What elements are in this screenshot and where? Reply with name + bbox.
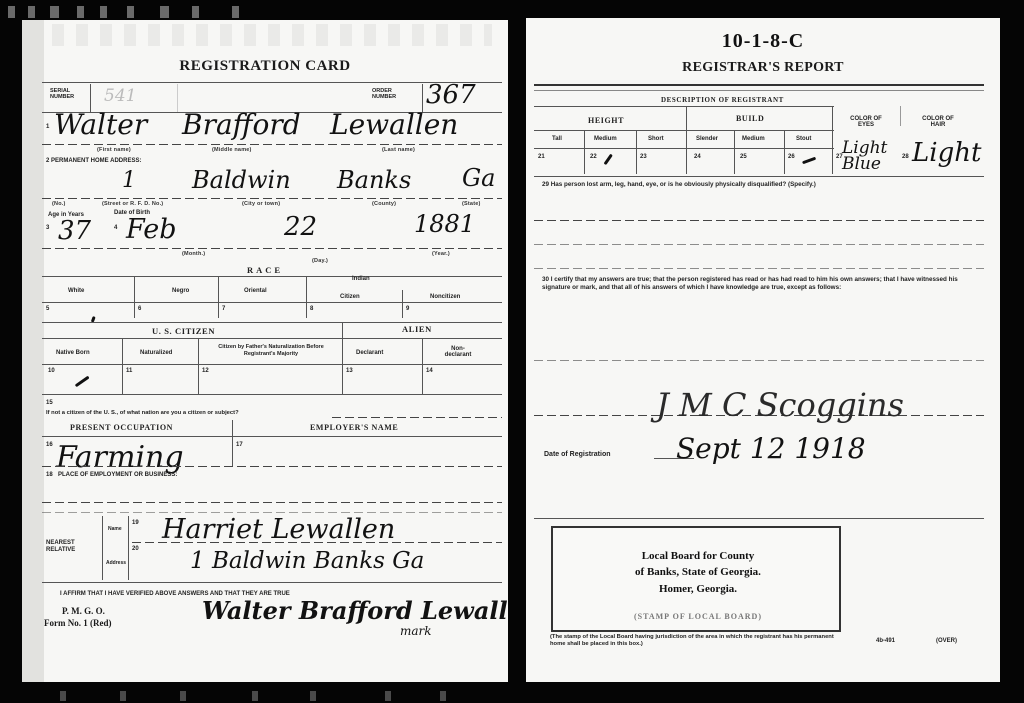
- divider: [784, 130, 785, 174]
- field-number: 1: [46, 124, 49, 130]
- question-29: 29 Has person lost arm, leg, hand, eye, …: [542, 181, 982, 189]
- registrant-first-name: Walter: [54, 108, 147, 141]
- occupation-header: PRESENT OCCUPATION: [70, 423, 173, 432]
- relative-address-label: Address: [106, 560, 126, 566]
- date-of-registration-value: Sept 12 1918: [676, 432, 866, 465]
- middle-name-sublabel: (Middle name): [212, 147, 252, 153]
- divider: [218, 276, 219, 318]
- rule: [534, 148, 834, 149]
- field-number: 15: [46, 400, 53, 406]
- build-stout-checkmark: [802, 157, 816, 164]
- question-30: 30 I certify that my answers are true; t…: [542, 276, 982, 291]
- dob-sublabel: (Month.): [182, 251, 205, 257]
- race-header: RACE: [247, 265, 283, 275]
- divider: [102, 516, 103, 580]
- address-sublabel: (Street or R. F. D. No.): [102, 201, 163, 207]
- height-tall-label: Tall: [552, 136, 562, 142]
- rule: [42, 248, 502, 249]
- order-number-label: ORDER NUMBER: [372, 88, 416, 100]
- form-id-line1: P. M. G. O.: [62, 606, 105, 616]
- address-sublabel: (City or town): [242, 201, 280, 207]
- rule: [42, 394, 502, 395]
- race-indian-noncitizen-label: Noncitizen: [430, 294, 460, 300]
- divider: [584, 130, 585, 174]
- description-header: DESCRIPTION OF REGISTRANT: [661, 96, 784, 104]
- divider: [686, 130, 687, 174]
- field-number: 19: [132, 520, 139, 526]
- rule: [42, 436, 502, 437]
- height-medium-label: Medium: [594, 136, 617, 142]
- build-slender-label: Slender: [696, 136, 718, 142]
- film-sprocket: [440, 691, 446, 701]
- signature-mark: mark: [400, 624, 432, 638]
- film-sprocket: [180, 691, 186, 701]
- film-sprocket: [50, 6, 59, 18]
- rule: [534, 106, 834, 107]
- rule: [42, 144, 502, 145]
- field-number: 22: [590, 154, 597, 160]
- field-number: 7: [222, 306, 225, 312]
- stamp-caption: (STAMP OF LOCAL BOARD): [553, 612, 843, 621]
- stamp-line-1: Local Board for County: [553, 550, 843, 562]
- film-sprocket: [192, 6, 199, 18]
- registrar-signature: J M C Scoggins: [656, 386, 904, 424]
- field-number: 13: [346, 368, 353, 374]
- divider: [177, 84, 178, 112]
- card-title: REGISTRAR'S REPORT: [526, 60, 1000, 76]
- rule: [42, 364, 502, 365]
- rule: [534, 176, 984, 177]
- film-sprocket: [77, 6, 84, 18]
- rule: [42, 302, 502, 303]
- field-number: 10: [48, 368, 55, 374]
- rule: [132, 542, 502, 543]
- field-number: 12: [202, 368, 209, 374]
- address-county: Banks: [337, 166, 411, 194]
- registrant-signature: Walter Brafford Lewallen: [202, 596, 508, 625]
- field-number: 3: [46, 225, 49, 231]
- citizen-by-father-label: Citizen by Father's Naturalization Befor…: [210, 344, 332, 357]
- native-born-checkmark: [75, 376, 90, 387]
- film-sprocket: [385, 691, 391, 701]
- address-sublabel: (State): [462, 201, 481, 207]
- film-sprocket: [28, 6, 35, 18]
- first-name-sublabel: (First name): [97, 147, 131, 153]
- local-board-stamp: Local Board for County of Banks, State o…: [551, 526, 841, 632]
- address-rfd: 1: [122, 168, 136, 193]
- footer-code: 4b-491: [876, 638, 895, 644]
- faded-bleedthrough: [52, 24, 492, 46]
- us-citizen-header: U. S. CITIZEN: [152, 326, 215, 336]
- field-number: 26: [788, 154, 795, 160]
- divider: [734, 130, 735, 174]
- divider: [134, 276, 135, 318]
- dob-year: 1881: [414, 210, 475, 238]
- declarant-label: Declarant: [356, 350, 383, 356]
- film-sprocket: [127, 6, 134, 18]
- dob-month: Feb: [126, 214, 177, 245]
- address-sublabel: (County): [372, 201, 396, 207]
- field-number: 23: [640, 154, 647, 160]
- rule: [534, 244, 984, 245]
- divider: [122, 338, 123, 394]
- field-number: 8: [310, 306, 313, 312]
- divider: [636, 130, 637, 174]
- divider: [128, 516, 129, 580]
- dob-sublabel: (Day.): [312, 258, 328, 264]
- divider: [402, 290, 403, 318]
- rule: [534, 84, 984, 86]
- divider: [198, 338, 199, 394]
- nearest-relative-label: NEAREST RELATIVE: [46, 540, 96, 554]
- relative-name-label: Name: [108, 526, 122, 532]
- field-number: 5: [46, 306, 49, 312]
- race-indian-citizen-label: Citizen: [340, 294, 360, 300]
- film-sprocket: [160, 6, 169, 18]
- card-title: REGISTRATION CARD: [22, 58, 508, 75]
- height-header: HEIGHT: [588, 116, 624, 125]
- rule: [534, 220, 984, 221]
- height-short-label: Short: [648, 136, 664, 142]
- rule: [534, 268, 984, 269]
- stamp-note: (The stamp of the Local Board having jur…: [550, 634, 850, 648]
- naturalized-label: Naturalized: [140, 350, 172, 356]
- divider: [686, 106, 687, 130]
- rule: [42, 198, 502, 199]
- serial-number-value: 541: [104, 86, 136, 106]
- build-medium-label: Medium: [742, 136, 765, 142]
- rule: [42, 338, 502, 339]
- serial-number-label: SERIAL NUMBER: [50, 88, 90, 100]
- film-sprocket: [100, 6, 107, 18]
- indian-group-label: Indian: [352, 276, 370, 282]
- field-number: 20: [132, 546, 139, 552]
- divider: [900, 106, 901, 126]
- field-number: 28: [902, 154, 909, 160]
- divider: [232, 420, 233, 466]
- hair-color-value: Light: [912, 138, 981, 168]
- height-medium-checkmark: [604, 154, 613, 165]
- divider: [832, 106, 833, 174]
- field-number: 11: [126, 368, 132, 374]
- hair-color-header: COLOR OF HAIR: [918, 116, 958, 128]
- field-number: 24: [694, 154, 701, 160]
- card-edge: [22, 20, 44, 682]
- employer-header: EMPLOYER'S NAME: [310, 423, 398, 432]
- field-number: 4: [114, 225, 117, 231]
- foreign-citizenship-question: If not a citizen of the U. S., of what n…: [46, 410, 239, 416]
- field-number: 16: [46, 442, 53, 448]
- build-header: BUILD: [736, 114, 764, 123]
- registrant-middle-name: Brafford: [182, 108, 301, 141]
- field-number: 14: [426, 368, 433, 374]
- field-number: 6: [138, 306, 141, 312]
- rule: [42, 276, 502, 277]
- address-state: Ga: [462, 164, 495, 192]
- divider: [306, 276, 307, 318]
- field-number: 9: [406, 306, 409, 312]
- divider: [342, 322, 343, 394]
- race-white-label: White: [68, 288, 84, 294]
- rule: [42, 466, 502, 467]
- rule: [534, 90, 984, 91]
- field-number: 25: [740, 154, 747, 160]
- divider: [422, 338, 423, 394]
- form-id-line2: Form No. 1 (Red): [44, 618, 111, 628]
- address-town: Baldwin: [192, 166, 291, 194]
- dob-day: 22: [284, 212, 317, 242]
- dob-sublabel: (Year.): [432, 251, 450, 257]
- film-sprocket: [60, 691, 66, 701]
- rule: [42, 512, 502, 513]
- film-strip-bottom: [0, 689, 1024, 703]
- race-oriental-label: Oriental: [244, 288, 267, 294]
- rule: [534, 130, 834, 131]
- address-sublabel: (No.): [52, 201, 66, 207]
- registrars-report-card: 10-1-8-C REGISTRAR'S REPORT DESCRIPTION …: [526, 18, 1000, 682]
- film-sprocket: [120, 691, 126, 701]
- age-value: 37: [58, 216, 91, 246]
- field-number: 21: [538, 154, 545, 160]
- registrant-last-name: Lewallen: [330, 108, 458, 141]
- rule: [42, 322, 502, 323]
- rule: [534, 360, 984, 361]
- field-number: 17: [236, 442, 243, 448]
- non-declarant-label: Non-declarant: [438, 346, 478, 358]
- registration-card: REGISTRATION CARD SERIAL NUMBER 541 ORDE…: [22, 20, 508, 682]
- order-number-value: 367: [426, 80, 476, 110]
- rule: [42, 502, 502, 503]
- stamp-line-2: of Banks, State of Georgia.: [553, 566, 843, 578]
- relative-name: Harriet Lewallen: [162, 514, 395, 545]
- field-number: 18: [46, 472, 53, 478]
- occupation-value: Farming: [56, 440, 184, 475]
- film-sprocket: [252, 691, 258, 701]
- form-code: 10-1-8-C: [526, 30, 1000, 53]
- native-born-label: Native Born: [56, 350, 90, 356]
- film-sprocket: [310, 691, 316, 701]
- alien-header: ALIEN: [402, 324, 432, 334]
- home-address-label: 2 PERMANENT HOME ADDRESS:: [46, 158, 141, 164]
- eye-color-header: COLOR OF EYES: [848, 116, 884, 128]
- place-of-employment-label: PLACE OF EMPLOYMENT OR BUSINESS:: [58, 472, 177, 478]
- last-name-sublabel: (Last name): [382, 147, 415, 153]
- eye-color-value: Light Blue: [842, 140, 902, 172]
- relative-address: 1 Baldwin Banks Ga: [190, 548, 424, 574]
- over-indicator: (OVER): [936, 638, 957, 644]
- stamp-line-3: Homer, Georgia.: [553, 583, 843, 595]
- race-negro-label: Negro: [172, 288, 189, 294]
- rule: [332, 417, 502, 418]
- film-sprocket: [232, 6, 239, 18]
- date-of-registration-label: Date of Registration: [544, 451, 611, 458]
- film-sprocket: [8, 6, 15, 18]
- rule: [42, 582, 502, 583]
- rule: [534, 518, 984, 519]
- build-stout-label: Stout: [796, 136, 811, 142]
